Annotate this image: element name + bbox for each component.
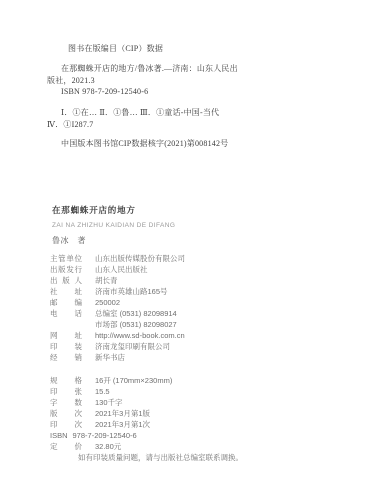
info-value: 济南龙玺印刷有限公司 [95,341,170,352]
info-value: 总编室 (0531) 82098914 [95,308,177,319]
info-value: 15.5 [95,386,110,397]
row-address: 社址 济南市英雄山路165号 [50,286,355,297]
cip-class-line: Ⅳ．①I287.7 [47,119,347,131]
row-publisher: 出版发行 山东人民出版社 [50,264,355,275]
row-website: 网址 http://www.sd-book.com.cn [50,330,355,341]
info-value: 130千字 [95,397,123,408]
info-label: 邮编 [50,297,82,308]
website-url: http://www.sd-book.com.cn [95,330,185,341]
info-label: 网址 [50,330,82,341]
row-distributor: 经销 新华书店 [50,352,355,363]
row-postcode: 邮编 250002 [50,297,355,308]
info-label: 印装 [50,341,82,352]
row-phone-market: 市场部 (0531) 82098027 [50,319,355,330]
info-value: 山东人民出版社 [95,264,148,275]
info-value: 16开 (170mm×230mm) [95,375,172,386]
info-label: 印张 [50,386,82,397]
spec-group: 规格 16开 (170mm×230mm) 印张 15.5 字数 130千字 版次… [50,375,355,463]
row-impression: 印次 2021年3月第1次 [50,419,355,430]
row-publisher-person: 出版人 胡长青 [50,275,355,286]
info-label: 版次 [50,408,82,419]
isbn-number: 978-7-209-12540-6 [73,430,137,441]
info-label: 规格 [50,375,82,386]
copyright-page: 图书在版编目（CIP）数据 在那蜘蛛开店的地方/鲁冰著.—济南：山东人民出 版社… [0,0,375,503]
info-label: 字数 [50,397,82,408]
row-supervisor: 主管单位 山东出版传媒股份有限公司 [50,253,355,264]
info-value: 胡长青 [95,275,118,286]
row-wordcount: 字数 130千字 [50,397,355,408]
price-value: 32.80元 [95,441,121,452]
info-value: 2021年3月第1次 [95,419,150,430]
row-isbn: ISBN 978-7-209-12540-6 [50,430,355,441]
publication-info: 主管单位 山东出版传媒股份有限公司 出版发行 山东人民出版社 出版人 胡长青 社… [50,253,355,463]
cip-record-line: 在那蜘蛛开店的地方/鲁冰著.—济南：山东人民出 [47,63,347,75]
info-label: 主管单位 [50,253,82,264]
row-price: 定价 32.80元 [50,441,355,452]
cip-class-line: Ⅰ．①在… Ⅱ．①鲁… Ⅲ．①童话-中国-当代 [47,107,347,119]
cip-class-group: Ⅰ．①在… Ⅱ．①鲁… Ⅲ．①童话-中国-当代 Ⅳ．①I287.7 [47,107,347,130]
info-label: 定价 [50,441,82,452]
info-value: 新华书店 [95,352,125,363]
info-value: 济南市英雄山路165号 [95,286,168,297]
colophon-note: 如有印装质量问题，请与出版社总编室联系调换。 [78,452,355,463]
book-title: 在那蜘蛛开店的地方 [52,204,347,216]
row-printer: 印装 济南龙玺印刷有限公司 [50,341,355,352]
book-author: 鲁冰 著 [52,236,347,246]
info-label: 经销 [50,352,82,363]
info-label: 出版发行 [50,264,82,275]
info-label: 社址 [50,286,82,297]
info-value: 山东出版传媒股份有限公司 [95,253,185,264]
row-edition: 版次 2021年3月第1版 [50,408,355,419]
info-value: 250002 [95,297,120,308]
info-label: 印次 [50,419,82,430]
cip-record-group: 在那蜘蛛开店的地方/鲁冰著.—济南：山东人民出 版社，2021.3 ISBN 9… [47,63,347,98]
row-sheets: 印张 15.5 [50,386,355,397]
cip-isbn-line: ISBN 978-7-209-12540-6 [47,86,347,98]
cip-record-number: 中国版本图书馆CIP数据核字(2021)第008142号 [47,138,347,150]
info-value: 市场部 (0531) 82098027 [95,319,177,330]
row-phone-editorial: 电话 总编室 (0531) 82098914 [50,308,355,319]
info-label: 出版人 [50,275,82,286]
title-block: 在那蜘蛛开店的地方 ZAI NA ZHIZHU KAIDIAN DE DIFAN… [52,204,347,246]
cip-record-line: 版社，2021.3 [47,75,347,87]
info-label: 电话 [50,308,82,319]
info-label [50,319,82,330]
info-value: 2021年3月第1版 [95,408,150,419]
info-label: ISBN [50,430,68,441]
cip-recordno-group: 中国版本图书馆CIP数据核字(2021)第008142号 [47,138,347,150]
cip-heading: 图书在版编目（CIP）数据 [68,43,347,55]
cip-block: 图书在版编目（CIP）数据 在那蜘蛛开店的地方/鲁冰著.—济南：山东人民出 版社… [47,43,347,150]
book-title-pinyin: ZAI NA ZHIZHU KAIDIAN DE DIFANG [52,221,347,230]
row-format: 规格 16开 (170mm×230mm) [50,375,355,386]
